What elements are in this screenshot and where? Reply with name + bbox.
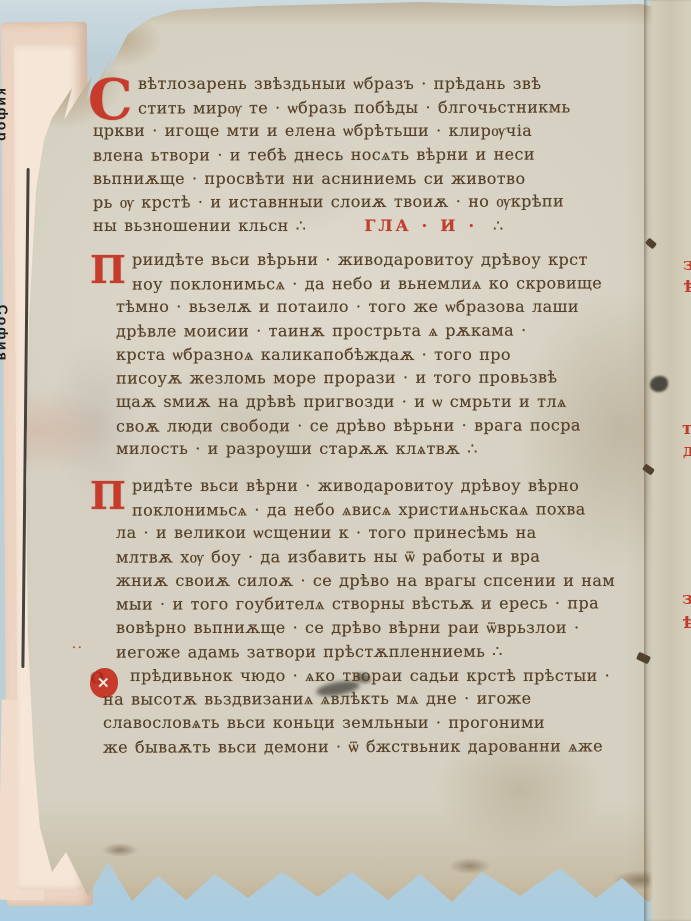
text-line: жниѫ своиѫ силоѫ · се дрѣво на врагы спс…	[86, 569, 648, 593]
text-line: писоуѫ жезломь море прорази · и того про…	[86, 366, 648, 391]
chapter-heading: ГЛА · И ·	[364, 216, 477, 235]
label-text-top: кифор	[0, 88, 11, 143]
line-text: ны вьзношении кльсн ∴	[93, 216, 306, 235]
text-line: же бываѫть вьси демони · ѿ бжствьник дар…	[86, 734, 648, 759]
end-mark: ∴	[493, 216, 504, 235]
text-line: · ·иегоже адамь затвори прѣстѫпленниемь …	[86, 639, 648, 664]
red-letter-fragment: з	[682, 592, 691, 607]
next-folio-fold	[644, 0, 691, 921]
text-line: рь ѹ крстѣ · и иставнныи слоиѫ твоиѫ · н…	[86, 190, 648, 215]
red-letter-fragment: ѣ	[684, 280, 691, 295]
text-line: вѣтлозарень звѣздьныи ѡбразъ · прѣдань з…	[86, 72, 648, 96]
flyleaf-printed-label: кифор София	[0, 88, 11, 648]
text-line: славословѧть вьси коньци земльныи · прог…	[86, 711, 648, 735]
text-line: своѫ люди свободи · се дрѣво вѣрьни · вр…	[86, 413, 648, 438]
red-letter-fragment: з	[683, 258, 691, 273]
text-line: стить мирѹ те · ѡбразь побѣды · блгочьст…	[86, 95, 648, 120]
text-line: дрѣвле моисии · таинѫ прострьта ѧ рѫкама…	[86, 318, 648, 343]
text-block: Свѣтлозарень звѣздьныи ѡбразъ · прѣдань …	[86, 72, 648, 758]
red-letter-fragment: ѣ	[683, 616, 691, 631]
paragraph: Приидѣте вьси вѣрьни · живодаровитоу дрѣ…	[86, 248, 648, 461]
text-line: ла · и великои ѡсщении к · того принесѣм…	[86, 521, 648, 545]
text-line: мыи · и того гоубителѧ створны вѣстьѫ и …	[86, 592, 648, 617]
text-line: ридѣте вьси вѣрни · живодаровитоу дрѣвоу…	[86, 474, 648, 498]
paragraph: Придѣте вьси вѣрни · живодаровитоу дрѣво…	[86, 474, 648, 664]
text-line: ноу поклонимьсѧ · да небо и вьнемлиѧ ко …	[86, 271, 648, 296]
line-text: иегоже адамь затвори прѣстѫпленниемь ∴	[116, 641, 503, 661]
text-line: влена ьтвори · и тебѣ днесь носѧть вѣрни…	[86, 142, 648, 167]
paragraph: Опрѣдивьнок чюдо · ѧко твораи садьи крст…	[86, 664, 648, 759]
text-line: млтвѫ хѹ боу · да избавить ны ѿ работы и…	[86, 544, 648, 569]
text-line: щаѫ ѕмиѫ на дрѣвѣ пригвозди · и ѡ смрьти…	[86, 390, 648, 414]
ink-blot	[650, 376, 668, 392]
text-line: крста ѡбразноѧ каликапобѣждаѫ · того про	[86, 343, 648, 367]
text-line: милость · и разроуши старѫѫ клѧтвѫ ∴	[86, 437, 648, 461]
text-line: поклонимьсѧ · да небо ѧвисѧ христиѧньска…	[86, 497, 648, 522]
text-line: прѣдивьнок чюдо · ѧко твораи садьи крстѣ…	[86, 664, 648, 688]
text-line: на высотѫ вьздвизаниѧ ѧвлѣкть мѧ дне · и…	[86, 686, 648, 711]
red-letter-fragment: д	[683, 444, 691, 459]
manuscript-photo: кифор София з ѣ т д з ѣ Свѣтлозарень звѣ…	[0, 0, 691, 921]
text-line: вовѣрно вьпниѫще · се дрѣво вѣрни раи ѿв…	[86, 616, 648, 640]
text-line: вьпниѫще · просвѣти ни асниниемь си живо…	[86, 167, 648, 191]
label-text-bottom: София	[0, 305, 11, 363]
paragraph: Свѣтлозарень звѣздьныи ѡбразъ · прѣдань …	[86, 72, 648, 238]
red-letter-fragment: т	[682, 422, 691, 437]
text-line: ны вьзношении кльсн ∴ГЛА · И ·∴	[86, 214, 648, 238]
text-line: риидѣте вьси вѣрьни · живодаровитоу дрѣв…	[86, 248, 648, 272]
text-line: цркви · игоще мти и елена ѡбрѣтьши · кли…	[86, 119, 648, 143]
margin-mark: · ·	[72, 637, 80, 661]
text-line: тѣмно · вьзелѫ и потаило · того же ѡбраз…	[86, 295, 648, 319]
